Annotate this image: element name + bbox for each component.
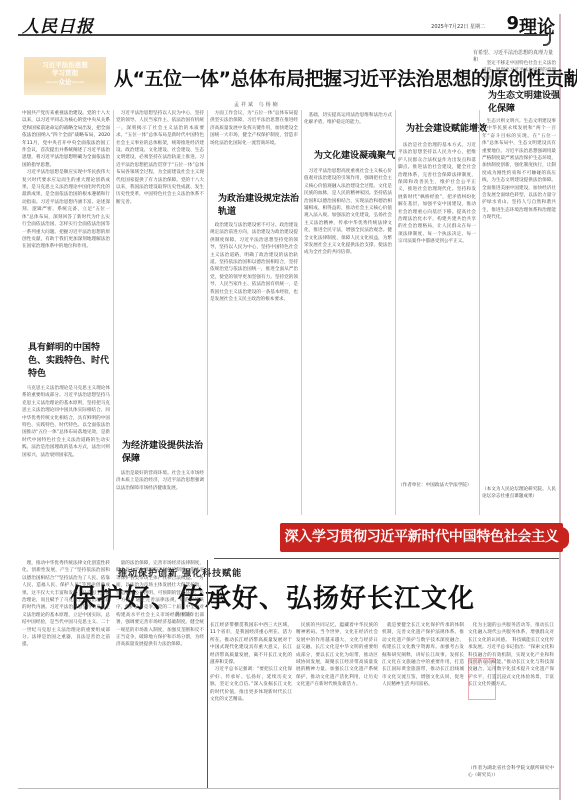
subhead-social-construction: 为社会建设赋能增效 [406,123,490,136]
article1-body-text: 量的法治保障，完善市场经济法律制度，健全以公平为原则的产权保护制度，依法平等保护… [116,560,204,649]
masthead: 人民日报 2025年7月22日 星期二 9 理论 [18,10,559,34]
article1-column-1c: 理，推动中华优秀传统法律文化创造性转化、创新性发展，产生了“坚持依法治国和以德治… [22,560,110,785]
column-divider [207,110,208,515]
article1-body-text: 法治是社会治理的基本方式。习近平法治思想坚持以人民为中心，把维护人民群众合法权益… [398,142,476,246]
article1-author-note-2: （本文为人民论坛理论研究院、人民论坛杂志社重点课题成果） [482,486,556,506]
masthead-rule [18,34,548,36]
article1-body-text: 习近平法治思想坚持以人民为中心，坚持党的领导、人民当家作主、依法治国有机统一，深… [116,110,204,206]
column-divider [301,110,302,515]
article2-author-note: （作者为湖北省社会科学院文献所研究中心（研究员）） [468,765,554,785]
article1-column-4: 基础，切实提高运用法治思维和法治方式化解矛盾，维护稳定的能力。 [304,112,392,140]
article1-body-text: 习近平法治思想是顺应实现中华民族伟大复兴时代要求应运而生的重大理论创新成果，是马… [22,169,110,250]
article2-body-text: 习近平总书记强调：“要把长江文化保护好、传承好、弘扬好，延续历史文脉，坚定文化自… [210,666,292,703]
article1-byline: 孟祥斌 乌杨楠 [234,101,280,108]
subhead-chinese-characteristics: 具有鲜明的中国特色、实践特色、时代特色 [28,342,112,381]
page-number: 9 [506,13,519,34]
article1-column-2b: 法治是最好的营商环境。社会主义市场经济本质上是法治经济，习近平法治思想强调以法治… [116,470,204,515]
section-divider [214,558,559,559]
column-banner-line2: 学习贯彻 [52,69,78,77]
column-divider [395,110,396,515]
page-bottom-rule [18,788,559,789]
article-boundary-rule [207,560,208,788]
article1-body-text: 法治是最好的营商环境。社会主义市场经济本质上是法治经济，习近平法治思想强调以法治… [116,470,204,492]
article1-body-text: 政治建设与法治建设密不可分。政治建设规定法治前进方向，法治建设为政治建设提供制度… [210,222,298,303]
dateline: 2025年7月22日 星期二 [431,23,485,30]
article2-lead-paragraph: 长江经济带横贯我国东中西三大区域，11个省市，是我国经济重心所在、活力所在。推动… [210,622,292,666]
article1-column-2c: 量的法治保障，完善市场经济法律制度，健全以公平为原则的产权保护制度，依法平等保护… [116,560,204,785]
series-banner-label: 深入学习贯彻习近平新时代中国特色社会主义思想 [285,529,559,574]
article1-column-5: 法治是社会治理的基本方式。习近平法治思想坚持以人民为中心，把维护人民群众合法权益… [398,142,476,482]
column-banner: 习近平法治思想 学习贯彻 ——众论—— [24,57,106,95]
article1-column-1b: 马克思主义法治理论是马克思主义理论体系的重要组成部分。习近平法治思想坚持马克思主… [22,385,110,553]
article1-column-4b: 习近平法治思想高度重视社会主义核心价值观对法治建设的引领作用，强调把社会主义核心… [304,168,392,515]
series-banner: 深入学习贯彻习近平新时代中国特色社会主义思想 [280,523,563,552]
article1-column-1: 中国共产党历来重视法治建设。党的十八大以来，以习近平同志为核心的党中央从关系党和… [22,110,110,338]
article1-body-text: 生态兴则文明兴。生态文明建设事关中华民族永续发展和“两个一百年”奋斗目标的实现。… [482,118,556,222]
subhead-political-construction: 为政治建设规定法治轨道 [218,193,302,219]
article1-body-text: 基础，切实提高运用法治思维和法治方式化解矛盾，维护稳定的能力。 [304,112,392,127]
article2-body-text: 化为主题的公共服务活动等，推动长江文化融入现代公共服务体系，增强群众对长江文化的… [468,622,554,689]
article1-author-note-1: （作者单位：中国政法大学法学院） [398,482,476,498]
banner-flag-tail [559,527,569,549]
subhead-cultural-construction: 为文化建设凝魂聚气 [314,150,398,163]
article2-column-3: 就是要健全长江文化保护传承的体制机制，完善文化遗产保护法规体系。推动文化遗产保护… [382,622,464,785]
page-edge-rule [559,14,561,800]
column-banner-line1: 习近平法治思想 [42,61,88,69]
article1-column-2: 习近平法治思想坚持以人民为中心，坚持党的领导、人民当家作主、依法治国有机统一，深… [116,110,204,410]
article2-column-2: 民族的共同记忆，蕴藏着中华民族的精神密码。当今世界，文化在经济社会发展中的作用越… [296,622,378,785]
article2-body-text: 就是要健全长江文化保护传承的体制机制，完善文化遗产保护法规体系。推动文化遗产保护… [382,622,464,689]
masthead-flourish [543,28,551,46]
column-divider [479,110,480,515]
article1-body-text: 理，推动中华优秀传统法律文化创造性转化、创新性发展，产生了“坚持依法治国和以德治… [22,560,110,649]
article1-column-3b: 政治建设与法治建设密不可分。政治建设规定法治前进方向，法治建设为政治建设提供制度… [210,222,298,515]
article1-lead-paragraph: 中国共产党历来重视法治建设。党的十八大以来，以习近平同志为核心的党中央从关系党和… [22,110,110,169]
article1-body-text: 习近平法治思想高度重视社会主义核心价值观对法治建设的引领作用，强调把社会主义核心… [304,168,392,257]
subhead-ecological-construction: 为生态文明建设强化保障 [488,90,560,116]
newspaper-page: 人民日报 2025年7月22日 星期二 9 理论 习近平法治思想 学习贯彻 ——… [18,0,559,800]
article1-body-text: 坚定不移走中国特色社会主义法治道路，展现出习近平法治思想的真理力量。 [482,60,556,82]
article1-column-6: 坚定不移走中国特色社会主义法治道路，展现出习近平法治思想的真理力量。 [482,60,556,88]
article1-headline: 从“五位一体”总体布局把握习近平法治思想的原创性贡献 [114,64,484,91]
column-banner-line3: ——众论—— [24,78,106,86]
column-divider [113,110,114,550]
subhead-economic-construction: 为经济建设提供法治保障 [122,440,206,466]
article2-column-4: 化为主题的公共服务活动等，推动长江文化融入现代公共服务体系，增强群众对长江文化的… [468,622,554,762]
article1-column-3: 方面工作会议，为“五位一体”总体布局提供坚实法治保障，习近平法治思想在推进经济高… [210,110,298,190]
article2-body-text: 民族的共同记忆，蕴藏着中华民族的精神密码。当今世界，文化在经济社会发展中的作用越… [296,622,378,689]
article2-column-1: 长江经济带横贯我国东中西三大区域，11个省市，是我国经济重心所在、活力所在。推动… [210,622,292,785]
article1-body-text: 马克思主义法治理论是马克思主义理论体系的重要组成部分。习近平法治思想坚持马克思主… [22,385,110,459]
article1-body-text: 方面工作会议，为“五位一体”总体布局提供坚实法治保障，习近平法治思想在推进经济高… [210,110,298,147]
article1-column-6b: 生态兴则文明兴。生态文明建设事关中华民族永续发展和“两个一百年”奋斗目标的实现。… [482,118,556,478]
